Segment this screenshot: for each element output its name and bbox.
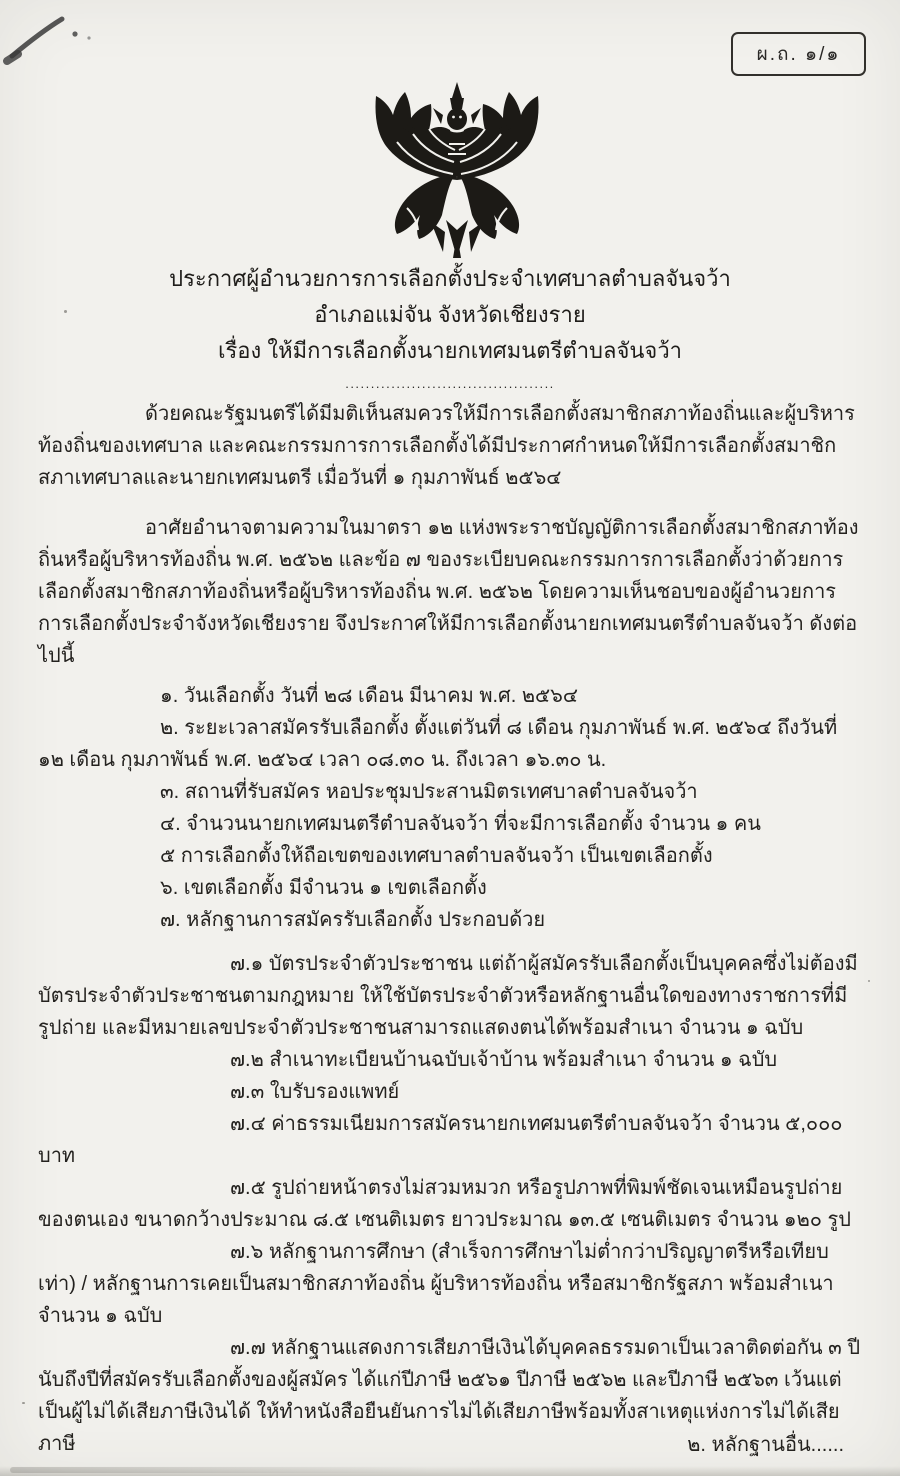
- form-code-box: ผ.ถ. ๑/๑: [731, 32, 866, 76]
- title-line-subject: เรื่อง ให้มีการเลือกตั้งนายกเทศมนตรีตำบล…: [0, 333, 900, 369]
- garuda-emblem-icon: [341, 82, 573, 260]
- title-block: ประกาศผู้อำนวยการการเลือกตั้งประจำเทศบาล…: [0, 261, 900, 399]
- subitem-photos: ๗.๕ รูปถ่ายหน้าตรงไม่สวมหมวก หรือรูปภาพท…: [38, 1172, 866, 1236]
- pen-mark: [2, 4, 112, 79]
- intro-paragraph: ด้วยคณะรัฐมนตรีได้มีมติเห็นสมควรให้มีการ…: [38, 398, 866, 494]
- scan-speck: [868, 980, 870, 982]
- item-electoral-district-scope: ๕ การเลือกตั้งให้ถือเขตของเทศบาลตำบลจันจ…: [38, 840, 866, 872]
- subitem-house-registration: ๗.๒ สำเนาทะเบียนบ้านฉบับเจ้าบ้าน พร้อมสำ…: [38, 1044, 866, 1076]
- pen-scribble-icon: [2, 4, 112, 74]
- subitem-education-evidence: ๗.๖ หลักฐานการศึกษา (สำเร็จการศึกษาไม่ต่…: [38, 1236, 866, 1332]
- footer-catchword: ๒. หลักฐานอื่น......: [687, 1428, 844, 1460]
- item-election-date: ๑. วันเลือกตั้ง วันที่ ๒๘ เดือน มีนาคม พ…: [38, 680, 866, 712]
- authority-paragraph: อาศัยอำนาจตามความในมาตรา ๑๒ แห่งพระราชบั…: [38, 512, 866, 672]
- item-application-period: ๒. ระยะเวลาสมัครรับเลือกตั้ง ตั้งแต่วันท…: [38, 712, 866, 776]
- scan-speck: [22, 1402, 25, 1404]
- subitem-medical-certificate: ๗.๓ ใบรับรองแพทย์: [38, 1076, 866, 1108]
- scanned-document-page: ผ.ถ. ๑/๑: [0, 0, 900, 1476]
- item-mayor-count: ๔. จำนวนนายกเทศมนตรีตำบลจันจว้า ที่จะมีก…: [38, 808, 866, 840]
- subitem-id-card: ๗.๑ บัตรประจำตัวประชาชน แต่ถ้าผู้สมัครรั…: [38, 948, 866, 1044]
- scan-smudge: [10, 1467, 430, 1473]
- subitem-application-fee: ๗.๔ ค่าธรรมเนียมการสมัครนายกเทศมนตรีตำบล…: [38, 1108, 866, 1172]
- item-application-venue: ๓. สถานที่รับสมัคร หอประชุมประสานมิตรเทศ…: [38, 776, 866, 808]
- item-evidence-heading: ๗. หลักฐานการสมัครรับเลือกตั้ง ประกอบด้ว…: [38, 904, 866, 936]
- item-district-count: ๖. เขตเลือกตั้ง มีจำนวน ๑ เขตเลือกตั้ง: [38, 872, 866, 904]
- garuda-emblem: [341, 82, 573, 265]
- form-code-label: ผ.ถ. ๑/๑: [757, 39, 841, 69]
- title-line-announcement: ประกาศผู้อำนวยการการเลือกตั้งประจำเทศบาล…: [0, 261, 900, 297]
- document-body: ด้วยคณะรัฐมนตรีได้มีมติเห็นสมควรให้มีการ…: [38, 398, 866, 1460]
- title-separator-dots: ........................................…: [0, 369, 900, 399]
- scan-speck: [64, 310, 67, 313]
- title-line-district-province: อำเภอแม่จัน จังหวัดเชียงราย: [0, 297, 900, 333]
